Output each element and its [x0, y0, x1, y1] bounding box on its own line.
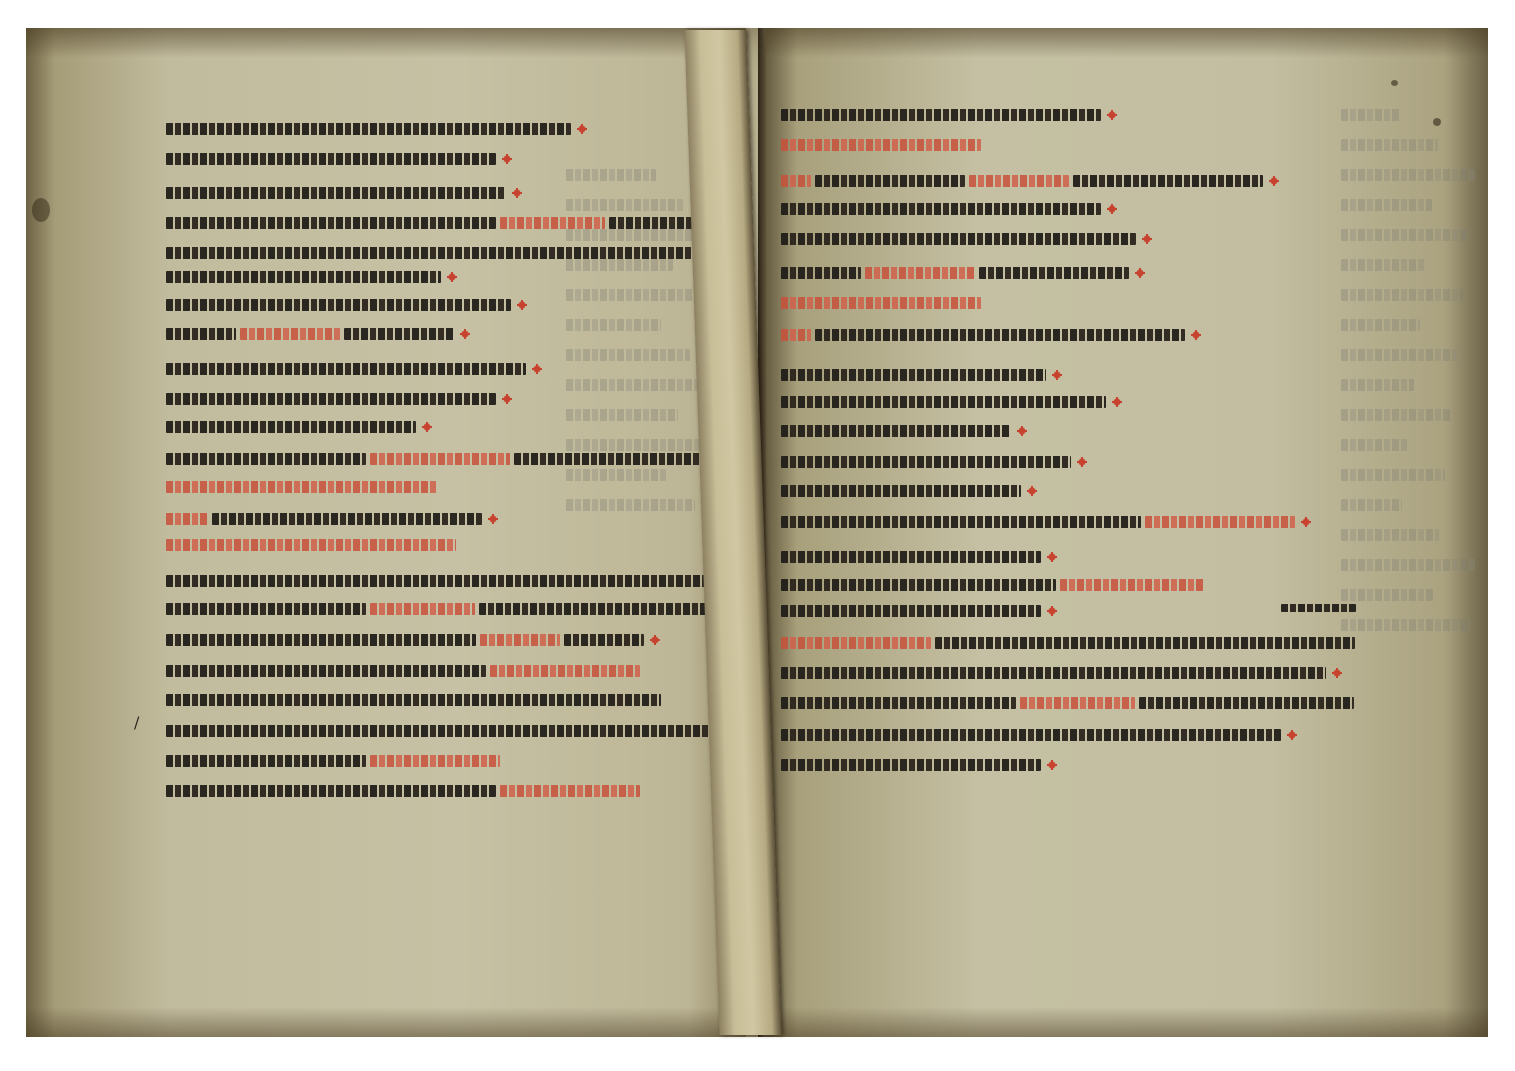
red-punctuation-mark-icon [1269, 176, 1279, 186]
script-text [166, 187, 506, 199]
rubric-text [781, 139, 981, 151]
script-text [166, 153, 496, 165]
red-punctuation-mark-icon [447, 272, 457, 282]
script-text [344, 328, 454, 340]
right-page [761, 28, 1488, 1037]
show-through-text [1341, 228, 1473, 242]
manuscript-line [166, 574, 725, 588]
red-punctuation-mark-icon [1047, 552, 1057, 562]
script-text [166, 217, 496, 229]
ink-stain [32, 198, 50, 222]
margin-slash-mark: / [134, 713, 139, 732]
rubric-text [781, 637, 931, 649]
show-through-text [566, 438, 711, 452]
script-text [781, 551, 1041, 563]
show-through-text [1341, 138, 1442, 152]
script-text [815, 329, 1185, 341]
page-edge-shadow [26, 28, 746, 58]
page-edge-shadow [26, 1007, 746, 1037]
red-punctuation-mark-icon [1135, 268, 1145, 278]
manuscript-line [781, 138, 985, 152]
red-punctuation-mark-icon [1052, 370, 1062, 380]
rubric-text [781, 175, 811, 187]
show-through-text [1341, 588, 1437, 602]
show-through-text [566, 318, 665, 332]
manuscript-line [781, 728, 1297, 742]
manuscript-line [781, 296, 985, 310]
manuscript-line [781, 455, 1087, 469]
manuscript-line [166, 452, 708, 466]
script-text [1073, 175, 1263, 187]
script-text [479, 603, 714, 615]
rubric-text [166, 481, 436, 493]
red-punctuation-mark-icon [1107, 204, 1117, 214]
show-through-text [1341, 498, 1406, 512]
show-through-text [566, 348, 694, 362]
script-text [781, 456, 1071, 468]
show-through-text [1341, 618, 1474, 632]
red-punctuation-mark-icon [502, 154, 512, 164]
rubric-text [166, 539, 456, 551]
red-punctuation-mark-icon [422, 422, 432, 432]
script-text [781, 759, 1041, 771]
show-through-text [1341, 318, 1424, 332]
manuscript-line [781, 395, 1122, 409]
red-punctuation-mark-icon [1017, 426, 1027, 436]
script-text [781, 579, 1056, 591]
script-text [166, 299, 511, 311]
script-text [166, 694, 661, 706]
manuscript-line [166, 152, 512, 166]
script-text [781, 203, 1101, 215]
show-through-text [1341, 438, 1412, 452]
manuscript-line [781, 174, 1279, 188]
red-punctuation-mark-icon [488, 514, 498, 524]
left-page: / [26, 28, 746, 1037]
manuscript-line [166, 512, 498, 526]
manuscript-line [166, 122, 587, 136]
show-through-text [1341, 258, 1430, 272]
manuscript-line [166, 784, 644, 798]
manuscript-line [781, 515, 1311, 529]
manuscript-line [781, 578, 1209, 592]
rubric-text [1020, 697, 1135, 709]
manuscript-line [781, 696, 1358, 710]
manuscript-line [781, 202, 1117, 216]
script-text [781, 109, 1101, 121]
manuscript-photo: / [26, 28, 1488, 1037]
red-punctuation-mark-icon [502, 394, 512, 404]
rubric-text [480, 634, 560, 646]
rubric-text [166, 513, 208, 525]
red-punctuation-mark-icon [1077, 457, 1087, 467]
red-punctuation-mark-icon [512, 188, 522, 198]
script-text [781, 605, 1041, 617]
rubric-text [490, 665, 640, 677]
rubric-text [969, 175, 1069, 187]
manuscript-line [166, 724, 730, 738]
manuscript-line [166, 664, 644, 678]
manuscript-line [166, 693, 665, 707]
script-text [781, 369, 1046, 381]
manuscript-line [781, 328, 1201, 342]
script-text [166, 123, 571, 135]
script-text [166, 603, 366, 615]
red-punctuation-mark-icon [1107, 110, 1117, 120]
script-text [781, 697, 1016, 709]
manuscript-line [166, 362, 542, 376]
script-text [979, 267, 1129, 279]
red-punctuation-mark-icon [1287, 730, 1297, 740]
red-punctuation-mark-icon [517, 300, 527, 310]
red-punctuation-mark-icon [1142, 234, 1152, 244]
manuscript-line [166, 633, 660, 647]
manuscript-line [166, 420, 432, 434]
red-punctuation-mark-icon [460, 329, 470, 339]
script-text [166, 755, 366, 767]
rubric-text [370, 453, 510, 465]
script-text [1139, 697, 1354, 709]
manuscript-line [166, 538, 460, 552]
show-through-text [566, 498, 699, 512]
manuscript-line [781, 108, 1117, 122]
script-text [166, 363, 526, 375]
manuscript-line [166, 392, 512, 406]
script-text [781, 516, 1141, 528]
rubric-text [781, 297, 981, 309]
manuscript-line [781, 636, 1359, 650]
script-text [781, 729, 1281, 741]
script-text [781, 267, 861, 279]
show-through-text [1341, 198, 1436, 212]
ink-stain [1391, 80, 1398, 86]
red-punctuation-mark-icon [1112, 397, 1122, 407]
red-punctuation-mark-icon [1027, 486, 1037, 496]
show-through-text [1341, 468, 1449, 482]
show-through-text [566, 198, 689, 212]
script-text [781, 425, 1011, 437]
manuscript-line [166, 327, 470, 341]
show-through-text [1341, 378, 1418, 392]
manuscript-line [781, 424, 1027, 438]
manuscript-line [166, 186, 522, 200]
manuscript-line [781, 368, 1062, 382]
red-punctuation-mark-icon [1191, 330, 1201, 340]
red-punctuation-mark-icon [650, 635, 660, 645]
show-through-text [566, 168, 660, 182]
show-through-text [566, 408, 682, 422]
show-through-text [1341, 348, 1461, 362]
script-text [166, 393, 496, 405]
script-text [166, 725, 726, 737]
manuscript-line [781, 266, 1145, 280]
rubric-text [500, 785, 640, 797]
manuscript-line [166, 602, 718, 616]
script-text [781, 667, 1326, 679]
script-text [166, 634, 476, 646]
script-text [166, 421, 416, 433]
script-text [514, 453, 704, 465]
manuscript-line [781, 604, 1057, 618]
rubric-text [865, 267, 975, 279]
manuscript-line [166, 480, 440, 494]
rubric-text [1145, 516, 1295, 528]
rubric-text [1060, 579, 1205, 591]
margin-note [1281, 601, 1360, 615]
red-punctuation-mark-icon [1332, 668, 1342, 678]
rubric-text [370, 603, 475, 615]
manuscript-line [781, 484, 1037, 498]
red-punctuation-mark-icon [1047, 760, 1057, 770]
manuscript-line [166, 754, 504, 768]
show-through-text [566, 258, 677, 272]
script-text [166, 453, 366, 465]
script-text [166, 665, 486, 677]
script-text [564, 634, 644, 646]
script-text [166, 271, 441, 283]
show-through-text [1341, 528, 1443, 542]
page-edge-shadow [761, 28, 1488, 58]
manuscript-line [781, 550, 1057, 564]
script-text [781, 396, 1106, 408]
red-punctuation-mark-icon [1047, 606, 1057, 616]
manuscript-line [781, 232, 1152, 246]
show-through-text [1341, 408, 1455, 422]
script-text [781, 233, 1136, 245]
rubric-text [370, 755, 500, 767]
page-edge-shadow [761, 1007, 1488, 1037]
red-punctuation-mark-icon [1301, 517, 1311, 527]
script-text [935, 637, 1355, 649]
ink-stain [1433, 118, 1441, 126]
manuscript-line [166, 298, 527, 312]
show-through-text [1341, 108, 1405, 122]
show-through-text [566, 288, 706, 302]
script-text [781, 485, 1021, 497]
script-text [166, 575, 721, 587]
script-text [212, 513, 482, 525]
show-through-text [1341, 168, 1479, 182]
red-punctuation-mark-icon [532, 364, 542, 374]
script-text [166, 328, 236, 340]
rubric-text [781, 329, 811, 341]
script-text [815, 175, 965, 187]
manuscript-line [781, 666, 1342, 680]
show-through-text [566, 468, 670, 482]
manuscript-line [166, 270, 457, 284]
show-through-text [1341, 558, 1480, 572]
rubric-text [240, 328, 340, 340]
manuscript-line [781, 758, 1057, 772]
script-text [166, 785, 496, 797]
show-through-text [1341, 288, 1467, 302]
red-punctuation-mark-icon [577, 124, 587, 134]
